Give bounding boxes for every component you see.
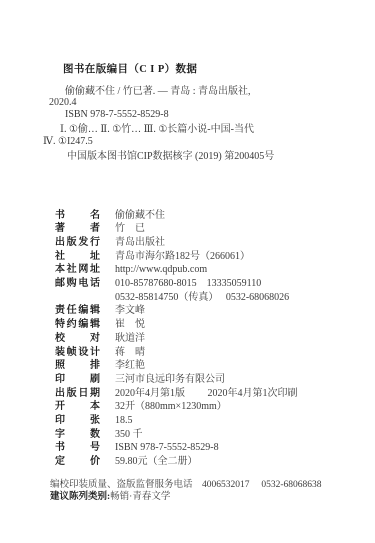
table-row-address: 社址 青岛市海尔路182号（266061） — [42, 250, 369, 264]
row-value: 59.80元（全二册） — [115, 455, 198, 469]
row-value: 耿道洋 — [115, 332, 145, 346]
row-label: 校对 — [55, 332, 100, 346]
table-row-printer: 印刷 三河市良远印务有限公司 — [42, 373, 369, 387]
table-row-proofreader: 校对 耿道洋 — [42, 332, 369, 346]
footer-notes: 编校印装质量、盗版监督服务电话 4006532017 0532-68068638… — [50, 479, 369, 504]
row-value: 偷偷藏不住 — [115, 209, 165, 223]
row-label: 本社网址 — [55, 263, 100, 277]
shelf-category-value: 畅销·青春文学 — [110, 492, 170, 502]
publication-info-list: 书名 偷偷藏不住 著者 竹 已 出版发行 青岛出版社 社址 青岛市海尔路182号… — [42, 209, 369, 469]
row-label: 书名 — [55, 209, 100, 223]
table-row-special-editor: 特约编辑 崔 悦 — [42, 318, 369, 332]
table-row-format: 开本 32开（880mm×1230mm） — [42, 400, 369, 414]
row-value: 0532-85814750（传真） 0532-68068026 — [115, 291, 289, 305]
table-row-designer: 装帧设计 蒋 晴 — [42, 346, 369, 360]
row-value: 李红艳 — [115, 359, 145, 373]
row-label: 出版发行 — [55, 236, 100, 250]
row-value: 18.5 — [115, 414, 133, 428]
row-value: 2020年4月第1版 2020年4月第1次印刷 — [115, 387, 298, 401]
table-row-author: 著者 竹 已 — [42, 222, 369, 236]
table-row-sheets: 印张 18.5 — [42, 414, 369, 428]
row-label: 定价 — [55, 455, 100, 469]
row-label: 著者 — [55, 222, 100, 236]
row-label: 书号 — [55, 441, 100, 455]
row-label: 照排 — [55, 359, 100, 373]
row-label — [55, 291, 100, 305]
shelf-category-label: 建议陈列类别: — [50, 492, 110, 502]
quality-hotline-line: 编校印装质量、盗版监督服务电话 4006532017 0532-68068638 — [50, 479, 369, 492]
cip-classification-line-2: Ⅳ. ①I247.5 — [42, 136, 369, 148]
row-value: 蒋 晴 — [115, 346, 145, 360]
row-value: 32开（880mm×1230mm） — [115, 400, 227, 414]
cip-registry-line: 中国版本图书馆CIP数据核字 (2019) 第200405号 — [42, 151, 369, 163]
row-label: 出版日期 — [55, 387, 100, 401]
table-row-word-count: 字数 350 千 — [42, 428, 369, 442]
table-row-book-title: 书名 偷偷藏不住 — [42, 209, 369, 223]
row-value: http://www.qdpub.com — [115, 263, 207, 277]
table-row-website: 本社网址 http://www.qdpub.com — [42, 263, 369, 277]
table-row-price: 定价 59.80元（全二册） — [42, 455, 369, 469]
row-label: 责任编辑 — [55, 304, 100, 318]
table-row-publish-date: 出版日期 2020年4月第1版 2020年4月第1次印刷 — [42, 387, 369, 401]
row-label: 字数 — [55, 428, 100, 442]
row-value: 竹 已 — [115, 222, 145, 236]
table-row-editor: 责任编辑 李文峰 — [42, 304, 369, 318]
row-label: 邮购电话 — [55, 277, 100, 291]
table-row-order-phone: 邮购电话 010-85787680-8015 13335059110 — [42, 277, 369, 291]
cip-isbn-line: ISBN 978-7-5552-8529-8 — [42, 109, 369, 121]
table-row-isbn: 书号 ISBN 978-7-5552-8529-8 — [42, 441, 369, 455]
row-value: 三河市良远印务有限公司 — [115, 373, 225, 387]
shelf-category-line: 建议陈列类别:畅销·青春文学 — [50, 491, 369, 504]
row-label: 印刷 — [55, 373, 100, 387]
row-value: 青岛出版社 — [115, 236, 165, 250]
row-label: 特约编辑 — [55, 318, 100, 332]
row-value: ISBN 978-7-5552-8529-8 — [115, 441, 219, 455]
cip-title: 图书在版编目（C I P）数据 — [42, 64, 369, 76]
table-row-typesetter: 照排 李红艳 — [42, 359, 369, 373]
cip-classification-line-1: Ⅰ. ①偷… Ⅱ. ①竹… Ⅲ. ①长篇小说-中国-当代 — [42, 124, 369, 136]
cip-block: 图书在版编目（C I P）数据 偷偷藏不住 / 竹已著. — 青岛 : 青岛出版… — [42, 64, 369, 163]
cip-record-line-2: 2020.4 — [42, 97, 369, 109]
row-label: 社址 — [55, 250, 100, 264]
row-label: 开本 — [55, 400, 100, 414]
cip-record-line-1: 偷偷藏不住 / 竹已著. — 青岛 : 青岛出版社, — [42, 86, 369, 98]
copyright-page: 图书在版编目（C I P）数据 偷偷藏不住 / 竹已著. — 青岛 : 青岛出版… — [0, 0, 375, 543]
row-value: 青岛市海尔路182号（266061） — [115, 250, 250, 264]
row-label: 印张 — [55, 414, 100, 428]
row-value: 崔 悦 — [115, 318, 145, 332]
table-row-order-phone-2: 0532-85814750（传真） 0532-68068026 — [42, 291, 369, 305]
table-row-publisher: 出版发行 青岛出版社 — [42, 236, 369, 250]
row-value: 350 千 — [115, 428, 143, 442]
row-label: 装帧设计 — [55, 346, 100, 360]
row-value: 李文峰 — [115, 304, 145, 318]
row-value: 010-85787680-8015 13335059110 — [115, 277, 261, 291]
